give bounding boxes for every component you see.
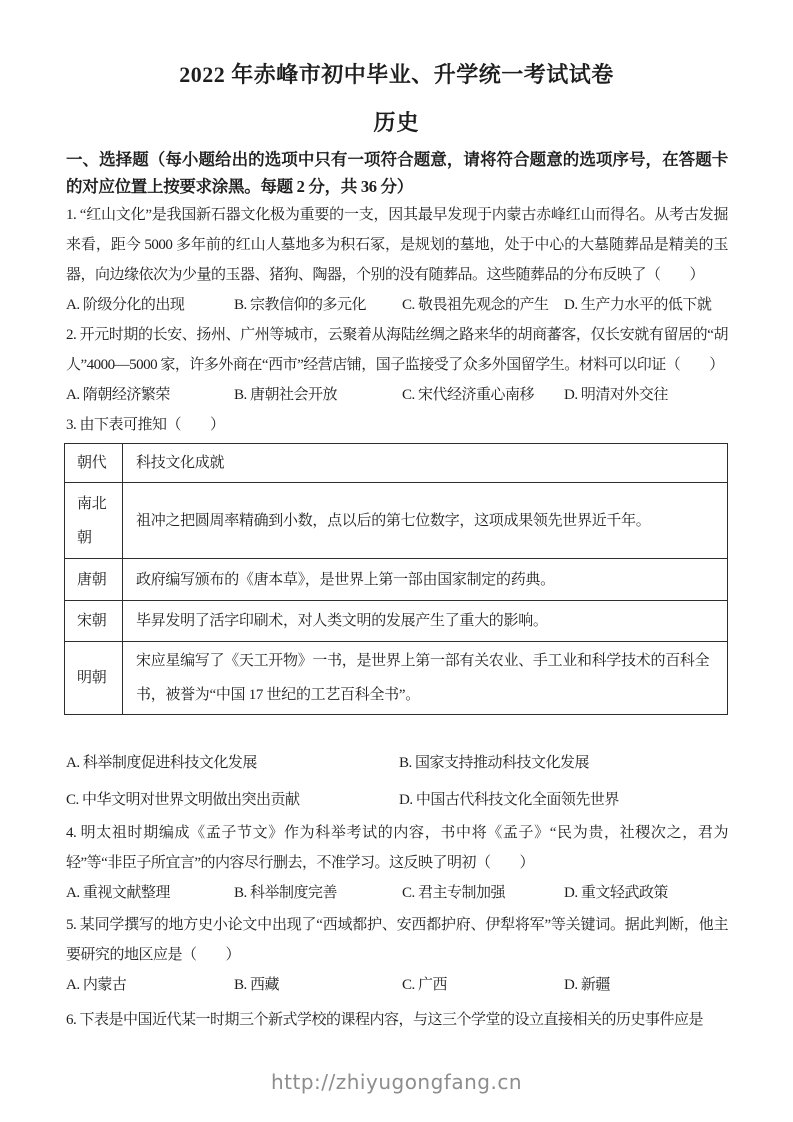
question-5-option-d: D. 新疆 (564, 970, 610, 1000)
exam-page: 2022 年赤峰市初中毕业、升学统一考试试卷 历史 一、选择题（每小题给出的选项… (0, 0, 793, 1122)
question-1: 1. “红山文化”是我国新石器文化极为重要的一支，因其最早发现于内蒙古赤峰红山而… (66, 200, 728, 320)
question-4-option-b: B. 科举制度完善 (234, 878, 337, 908)
question-1-option-b: B. 宗教信仰的多元化 (234, 290, 366, 320)
achievement-cell: 宋应星编写了《天工开物》一书，是世界上第一部有关农业、手工业和科学技术的百科全书… (123, 642, 728, 715)
question-4-options: A. 重视文献整理 B. 科举制度完善 C. 君主专制加强 D. 重文轻武政策 (66, 878, 728, 908)
question-5: 5. 某同学撰写的地方史小论文中出现了“西域都护、安西都护府、伊犁将军”等关键词… (66, 910, 728, 1000)
achievement-cell: 政府编写颁布的《唐本草》，是世界上第一部由国家制定的药典。 (123, 559, 728, 601)
dynasty-cell: 唐朝 (65, 559, 123, 601)
question-2-option-c: C. 宋代经济重心南移 (402, 380, 534, 410)
watermark-url: http://zhiyugongfang.cn (0, 1070, 793, 1094)
question-5-options: A. 内蒙古 B. 西藏 C. 广西 D. 新疆 (66, 970, 728, 1000)
dynasty-cell: 南北朝 (65, 483, 123, 559)
table-header-row: 朝代 科技文化成就 (65, 444, 728, 483)
achievement-cell: 祖冲之把圆周率精确到小数，点以后的第七位数字，这项成果领先世界近千年。 (123, 483, 728, 559)
question-3: 3. 由下表可推知（ ） (66, 410, 728, 440)
table-row-ming: 明朝 宋应星编写了《天工开物》一书，是世界上第一部有关农业、手工业和科学技术的百… (65, 642, 728, 715)
question-3-options-row-1: A. 科举制度促进科技文化发展 B. 国家支持推动科技文化发展 (66, 748, 728, 785)
question-3-option-b: B. 国家支持推动科技文化发展 (399, 748, 589, 778)
question-6: 6. 下表是中国近代某一时期三个新式学校的课程内容，与这三个学堂的设立直接相关的… (66, 1005, 728, 1035)
dynasty-cell: 宋朝 (65, 601, 123, 642)
question-4-stem: 4. 明太祖时期编成《孟子节文》作为科举考试的内容，书中将《孟子》“民为贵，社稷… (66, 818, 728, 878)
achievement-cell: 毕昇发明了活字印刷术，对人类文明的发展产生了重大的影响。 (123, 601, 728, 642)
question-2-option-b: B. 唐朝社会开放 (234, 380, 337, 410)
table-header-achievement: 科技文化成就 (123, 444, 728, 483)
subject-title: 历史 (0, 106, 793, 137)
page-title: 2022 年赤峰市初中毕业、升学统一考试试卷 (0, 58, 793, 89)
question-5-option-a: A. 内蒙古 (66, 970, 126, 1000)
question-5-option-b: B. 西藏 (234, 970, 279, 1000)
question-5-option-c: C. 广西 (402, 970, 447, 1000)
question-4-option-c: C. 君主专制加强 (402, 878, 505, 908)
question-3-option-d: D. 中国古代科技文化全面领先世界 (399, 785, 619, 815)
achievements-table: 朝代 科技文化成就 南北朝 祖冲之把圆周率精确到小数，点以后的第七位数字，这项成… (64, 443, 728, 715)
question-2: 2. 开元时期的长安、扬州、广州等城市，云聚着从海陆丝绸之路来华的胡商蕃客，仅长… (66, 320, 728, 410)
table-row-song: 宋朝 毕昇发明了活字印刷术，对人类文明的发展产生了重大的影响。 (65, 601, 728, 642)
question-3-options-row-2: C. 中华文明对世界文明做出突出贡献 D. 中国古代科技文化全面领先世界 (66, 785, 728, 822)
table-row-tang: 唐朝 政府编写颁布的《唐本草》，是世界上第一部由国家制定的药典。 (65, 559, 728, 601)
question-2-stem: 2. 开元时期的长安、扬州、广州等城市，云聚着从海陆丝绸之路来华的胡商蕃客，仅长… (66, 320, 728, 380)
question-2-options: A. 隋朝经济繁荣 B. 唐朝社会开放 C. 宋代经济重心南移 D. 明清对外交… (66, 380, 728, 410)
question-1-option-a: A. 阶级分化的出现 (66, 290, 184, 320)
table-header-dynasty: 朝代 (65, 444, 123, 483)
question-6-stem: 6. 下表是中国近代某一时期三个新式学校的课程内容，与这三个学堂的设立直接相关的… (66, 1005, 728, 1035)
question-1-option-d: D. 生产力水平的低下就 (564, 290, 711, 320)
question-1-options: A. 阶级分化的出现 B. 宗教信仰的多元化 C. 敬畏祖先观念的产生 D. 生… (66, 290, 728, 320)
question-5-stem: 5. 某同学撰写的地方史小论文中出现了“西域都护、安西都护府、伊犁将军”等关键词… (66, 910, 728, 970)
question-3-options: A. 科举制度促进科技文化发展 B. 国家支持推动科技文化发展 C. 中华文明对… (66, 748, 728, 822)
dynasty-cell: 明朝 (65, 642, 123, 715)
section-instructions: 一、选择题（每小题给出的选项中只有一项符合题意，请将符合题意的选项序号，在答题卡… (66, 146, 728, 200)
question-2-option-a: A. 隋朝经济繁荣 (66, 380, 170, 410)
question-3-option-c: C. 中华文明对世界文明做出突出贡献 (66, 785, 300, 815)
question-1-stem: 1. “红山文化”是我国新石器文化极为重要的一支，因其最早发现于内蒙古赤峰红山而… (66, 200, 728, 290)
question-4: 4. 明太祖时期编成《孟子节文》作为科举考试的内容，书中将《孟子》“民为贵，社稷… (66, 818, 728, 908)
question-1-option-c: C. 敬畏祖先观念的产生 (402, 290, 549, 320)
question-3-stem: 3. 由下表可推知（ ） (66, 410, 728, 440)
table-row-nanbeichao: 南北朝 祖冲之把圆周率精确到小数，点以后的第七位数字，这项成果领先世界近千年。 (65, 483, 728, 559)
question-4-option-d: D. 重文轻武政策 (564, 878, 668, 908)
question-2-option-d: D. 明清对外交往 (564, 380, 668, 410)
question-3-option-a: A. 科举制度促进科技文化发展 (66, 748, 257, 778)
question-4-option-a: A. 重视文献整理 (66, 878, 170, 908)
